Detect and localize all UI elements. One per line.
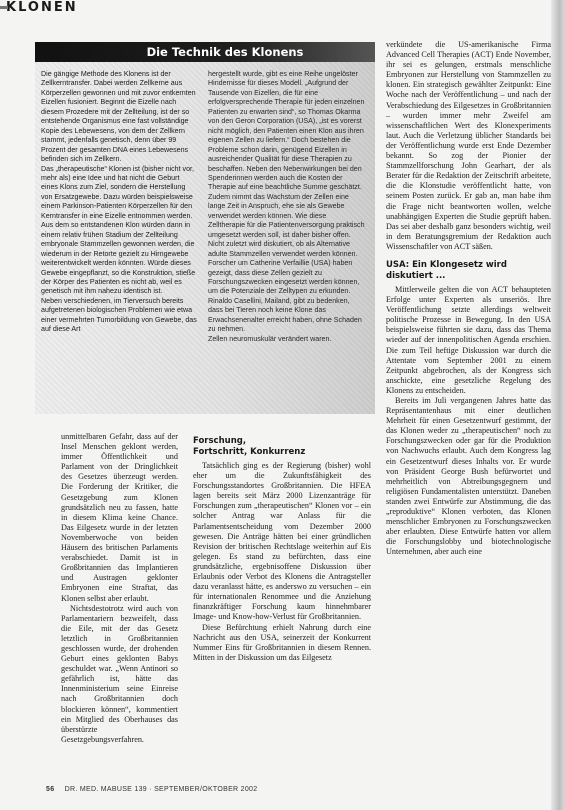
article-column-middle: Forschung, Fortschritt, Konkurrenz Tatsä… [193,436,371,663]
info-box-paragraph: Zellen neuromuskulär verändert waren. [208,335,365,344]
article-paragraph: Bereits im Juli vergangenen Jahres hatte… [386,396,551,558]
info-box-columns: Die gängige Methode des Klonens ist der … [35,62,375,344]
page-footer: 56 DR. MED. MABUSE 139 · SEPTEMBER/OKTOB… [46,786,257,793]
info-box-paragraph: Das „therapeutische“ Klonen ist (bisher … [41,165,198,297]
article-paragraph: Mittlerweile gelten die von ACT behaupte… [386,285,551,396]
publication-info: DR. MED. MABUSE 139 · SEPTEMBER/OKTOBER … [65,786,258,793]
page-edge-shadow [551,0,565,810]
info-box-column-2: hergestellt wurde, gibt es eine Reihe un… [208,70,365,344]
article-column-right: verkündete die US-amerikanische Firma Ad… [386,40,551,558]
article-column-left: unmittelbaren Gefahr, dass auf der Insel… [61,432,178,745]
info-box-paragraph: Nicht zuletzt wird diskutiert, ob als Al… [208,240,365,335]
subheading-line-2: Fortschritt, Konkurrenz [193,447,305,457]
subheading-line-1: Forschung, [193,436,246,446]
info-box-column-1: Die gängige Methode des Klonens ist der … [41,70,198,344]
article-paragraph: Diese Befürchtung erhielt Nahrung durch … [193,623,371,663]
info-box: Die Technik des Klonens Die gängige Meth… [35,42,375,414]
article-paragraph: Tatsächlich ging es der Regierung (bishe… [193,461,371,623]
info-box-paragraph: hergestellt wurde, gibt es eine Reihe un… [208,70,365,240]
info-box-title: Die Technik des Klonens [35,42,375,62]
subheading-forschung: Forschung, Fortschritt, Konkurrenz [193,436,371,458]
article-paragraph: Nichtsdestotrotz wird auch von Parlament… [61,604,178,745]
page-number: 56 [46,786,54,793]
article-paragraph: unmittelbaren Gefahr, dass auf der Insel… [61,432,178,604]
subheading-usa: USA: Ein Klongesetz wird diskutiert ... [386,260,551,282]
article-paragraph: verkündete die US-amerikanische Firma Ad… [386,40,551,252]
info-box-paragraph: Neben verschiedenen, im Tierversuch bere… [41,297,198,335]
info-box-paragraph: Die gängige Methode des Klonens ist der … [41,70,198,165]
section-header: KLONEN [0,0,78,20]
